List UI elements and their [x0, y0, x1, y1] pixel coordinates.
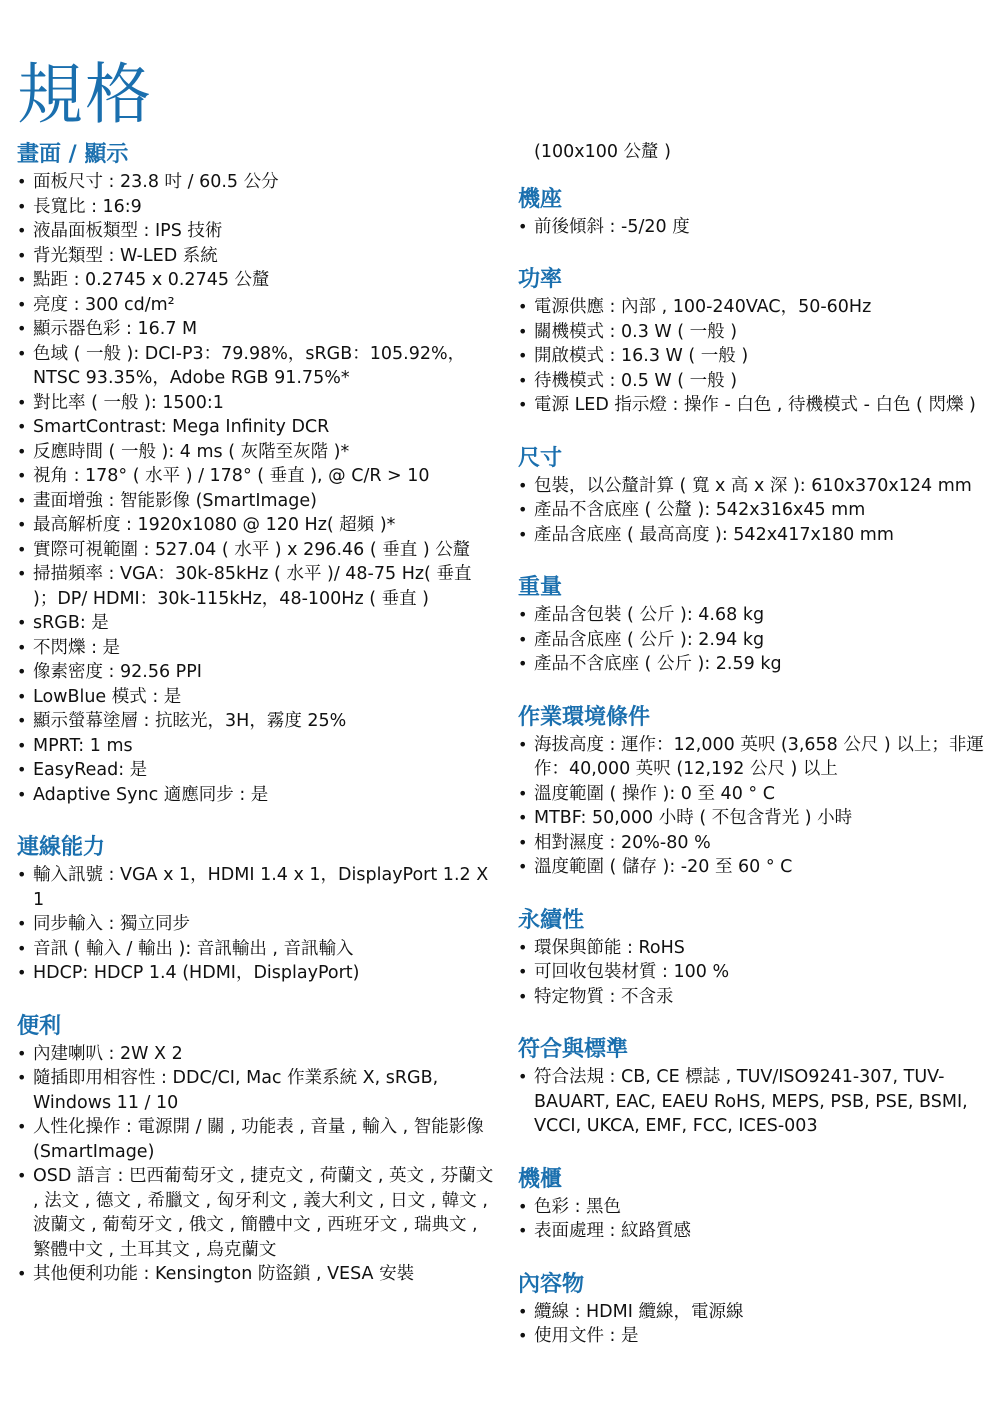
spec-item: 海拔高度 : 運作：12,000 英呎 (3,658 公尺 ) 以上；非運作：4…: [518, 733, 993, 782]
section-title: 機櫃: [518, 1165, 993, 1195]
spec-item: 液晶面板類型 : IPS 技術: [17, 219, 497, 244]
spec-section: 便利內建喇叭 : 2W X 2隨插即用相容性 : DDC/CI, Mac 作業系…: [17, 1012, 497, 1287]
spec-section: 永續性環保與節能 : RoHS可回收包裝材質 : 100 %特定物質 : 不含汞: [518, 906, 993, 1010]
spec-item: sRGB: 是: [17, 611, 497, 636]
spec-item: MPRT: 1 ms: [17, 734, 497, 759]
section-title: 功率: [518, 265, 993, 295]
spec-list: 輸入訊號 : VGA x 1，HDMI 1.4 x 1，DisplayPort …: [17, 863, 497, 986]
spec-item: 色域 ( 一般 ): DCI-P3：79.98%，sRGB：105.92%，NT…: [17, 342, 497, 391]
spec-item: 環保與節能 : RoHS: [518, 936, 993, 961]
spec-item: 相對濕度 : 20%-80 %: [518, 831, 993, 856]
spec-item: 對比率 ( 一般 ): 1500:1: [17, 391, 497, 416]
spec-list: 海拔高度 : 運作：12,000 英呎 (3,658 公尺 ) 以上；非運作：4…: [518, 733, 993, 880]
spec-section: 機座前後傾斜 : -5/20 度: [518, 185, 993, 240]
spec-item: 面板尺寸 : 23.8 吋 / 60.5 公分: [17, 170, 497, 195]
spec-item: 產品含底座 ( 最高高度 ): 542x417x180 mm: [518, 523, 993, 548]
spec-item: 產品不含底座 ( 公釐 ): 542x316x45 mm: [518, 498, 993, 523]
section-title: 連線能力: [17, 833, 497, 863]
spec-item: 顯示器色彩 : 16.7 M: [17, 317, 497, 342]
spec-item: 產品含包裝 ( 公斤 ): 4.68 kg: [518, 603, 993, 628]
spec-item: 可回收包裝材質 : 100 %: [518, 960, 993, 985]
spec-section: 尺寸包裝，以公釐計算 ( 寬 x 高 x 深 ): 610x370x124 mm…: [518, 444, 993, 548]
spec-item: LowBlue 模式 : 是: [17, 685, 497, 710]
right-column: (100x100 公釐 ) 機座前後傾斜 : -5/20 度功率電源供應 : 內…: [518, 140, 993, 1375]
spec-item: SmartContrast: Mega Infinity DCR: [17, 415, 497, 440]
spec-item: 開啟模式 : 16.3 W ( 一般 ): [518, 344, 993, 369]
spec-item: 亮度 : 300 cd/m²: [17, 293, 497, 318]
spec-item: 產品含底座 ( 公斤 ): 2.94 kg: [518, 628, 993, 653]
spec-item: 人性化操作 : 電源開 / 關 , 功能表 , 音量 , 輸入 , 智能影像 (…: [17, 1115, 497, 1164]
spec-item: 使用文件 : 是: [518, 1324, 993, 1349]
spec-section: 重量產品含包裝 ( 公斤 ): 4.68 kg產品含底座 ( 公斤 ): 2.9…: [518, 573, 993, 677]
section-title: 尺寸: [518, 444, 993, 474]
spec-item: 畫面增強 : 智能影像 (SmartImage): [17, 489, 497, 514]
spec-section: 內容物纜線 : HDMI 纜線，電源線使用文件 : 是: [518, 1270, 993, 1349]
section-title: 作業環境條件: [518, 703, 993, 733]
spec-list: 色彩 : 黑色表面處理 : 紋路質感: [518, 1195, 993, 1244]
spec-item: 掃描頻率 : VGA：30k-85kHz ( 水平 )/ 48-75 Hz( 垂…: [17, 562, 497, 611]
spec-item: 音訊 ( 輸入 / 輸出 ): 音訊輸出 , 音訊輸入: [17, 937, 497, 962]
spec-list: 包裝，以公釐計算 ( 寬 x 高 x 深 ): 610x370x124 mm產品…: [518, 474, 993, 548]
spec-section: 作業環境條件海拔高度 : 運作：12,000 英呎 (3,658 公尺 ) 以上…: [518, 703, 993, 880]
spec-item: 隨插即用相容性 : DDC/CI, Mac 作業系統 X, sRGB, Wind…: [17, 1066, 497, 1115]
spec-item: 電源 LED 指示燈 : 操作 - 白色 , 待機模式 - 白色 ( 閃爍 ): [518, 393, 993, 418]
spec-item: 背光類型 : W-LED 系統: [17, 244, 497, 269]
spec-section: 功率電源供應 : 內部 , 100-240VAC，50-60Hz關機模式 : 0…: [518, 265, 993, 418]
spec-item: 產品不含底座 ( 公斤 ): 2.59 kg: [518, 652, 993, 677]
continued-text: (100x100 公釐 ): [518, 140, 993, 165]
page-title: 規格: [17, 62, 153, 128]
spec-item: 長寬比 : 16:9: [17, 195, 497, 220]
spec-list: 面板尺寸 : 23.8 吋 / 60.5 公分長寬比 : 16:9液晶面板類型 …: [17, 170, 497, 807]
spec-item: 待機模式 : 0.5 W ( 一般 ): [518, 369, 993, 394]
spec-item: 點距 : 0.2745 x 0.2745 公釐: [17, 268, 497, 293]
spec-item: 前後傾斜 : -5/20 度: [518, 215, 993, 240]
spec-item: 反應時間 ( 一般 ): 4 ms ( 灰階至灰階 )*: [17, 440, 497, 465]
spec-item: 視角 : 178° ( 水平 ) / 178° ( 垂直 ), @ C/R > …: [17, 464, 497, 489]
section-title: 永續性: [518, 906, 993, 936]
left-column: 畫面 / 顯示面板尺寸 : 23.8 吋 / 60.5 公分長寬比 : 16:9…: [17, 140, 497, 1313]
spec-item: OSD 語言 : 巴西葡萄牙文 , 捷克文 , 荷蘭文 , 英文 , 芬蘭文 ,…: [17, 1164, 497, 1262]
spec-item: 電源供應 : 內部 , 100-240VAC，50-60Hz: [518, 295, 993, 320]
spec-item: 纜線 : HDMI 纜線，電源線: [518, 1300, 993, 1325]
spec-item: 顯示螢幕塗層 : 抗眩光，3H，霧度 25%: [17, 709, 497, 734]
section-title: 重量: [518, 573, 993, 603]
section-title: 機座: [518, 185, 993, 215]
spec-item: 實際可視範圍 : 527.04 ( 水平 ) x 296.46 ( 垂直 ) 公…: [17, 538, 497, 563]
spec-section: 連線能力輸入訊號 : VGA x 1，HDMI 1.4 x 1，DisplayP…: [17, 833, 497, 986]
spec-item: EasyRead: 是: [17, 758, 497, 783]
spec-list: 符合法規 : CB, CE 標誌 , TUV/ISO9241-307, TUV-…: [518, 1065, 993, 1139]
spec-item: 溫度範圍 ( 操作 ): 0 至 40 ° C: [518, 782, 993, 807]
spec-item: 包裝，以公釐計算 ( 寬 x 高 x 深 ): 610x370x124 mm: [518, 474, 993, 499]
spec-item: 其他便利功能 : Kensington 防盜鎖 , VESA 安裝: [17, 1262, 497, 1287]
spec-section: 畫面 / 顯示面板尺寸 : 23.8 吋 / 60.5 公分長寬比 : 16:9…: [17, 140, 497, 807]
spec-item: 表面處理 : 紋路質感: [518, 1219, 993, 1244]
spec-list: 內建喇叭 : 2W X 2隨插即用相容性 : DDC/CI, Mac 作業系統 …: [17, 1042, 497, 1287]
spec-item: 像素密度 : 92.56 PPI: [17, 660, 497, 685]
spec-item: MTBF: 50,000 小時 ( 不包含背光 ) 小時: [518, 806, 993, 831]
spec-list: 前後傾斜 : -5/20 度: [518, 215, 993, 240]
spec-item: 同步輸入 : 獨立同步: [17, 912, 497, 937]
spec-item: 內建喇叭 : 2W X 2: [17, 1042, 497, 1067]
spec-item: Adaptive Sync 適應同步 : 是: [17, 783, 497, 808]
section-title: 內容物: [518, 1270, 993, 1300]
spec-item: 關機模式 : 0.3 W ( 一般 ): [518, 320, 993, 345]
spec-section: 機櫃色彩 : 黑色表面處理 : 紋路質感: [518, 1165, 993, 1244]
spec-list: 產品含包裝 ( 公斤 ): 4.68 kg產品含底座 ( 公斤 ): 2.94 …: [518, 603, 993, 677]
spec-item: 色彩 : 黑色: [518, 1195, 993, 1220]
spec-item: 符合法規 : CB, CE 標誌 , TUV/ISO9241-307, TUV-…: [518, 1065, 993, 1139]
spec-list: 環保與節能 : RoHS可回收包裝材質 : 100 %特定物質 : 不含汞: [518, 936, 993, 1010]
spec-list: 電源供應 : 內部 , 100-240VAC，50-60Hz關機模式 : 0.3…: [518, 295, 993, 418]
spec-item: 不閃爍 : 是: [17, 636, 497, 661]
section-title: 便利: [17, 1012, 497, 1042]
section-title: 符合與標準: [518, 1035, 993, 1065]
spec-section: 符合與標準符合法規 : CB, CE 標誌 , TUV/ISO9241-307,…: [518, 1035, 993, 1139]
spec-list: 纜線 : HDMI 纜線，電源線使用文件 : 是: [518, 1300, 993, 1349]
spec-item: 溫度範圍 ( 儲存 ): -20 至 60 ° C: [518, 855, 993, 880]
section-title: 畫面 / 顯示: [17, 140, 497, 170]
spec-item: HDCP: HDCP 1.4 (HDMI，DisplayPort): [17, 961, 497, 986]
spec-item: 特定物質 : 不含汞: [518, 985, 993, 1010]
spec-item: 最高解析度 : 1920x1080 @ 120 Hz( 超頻 )*: [17, 513, 497, 538]
spec-item: 輸入訊號 : VGA x 1，HDMI 1.4 x 1，DisplayPort …: [17, 863, 497, 912]
